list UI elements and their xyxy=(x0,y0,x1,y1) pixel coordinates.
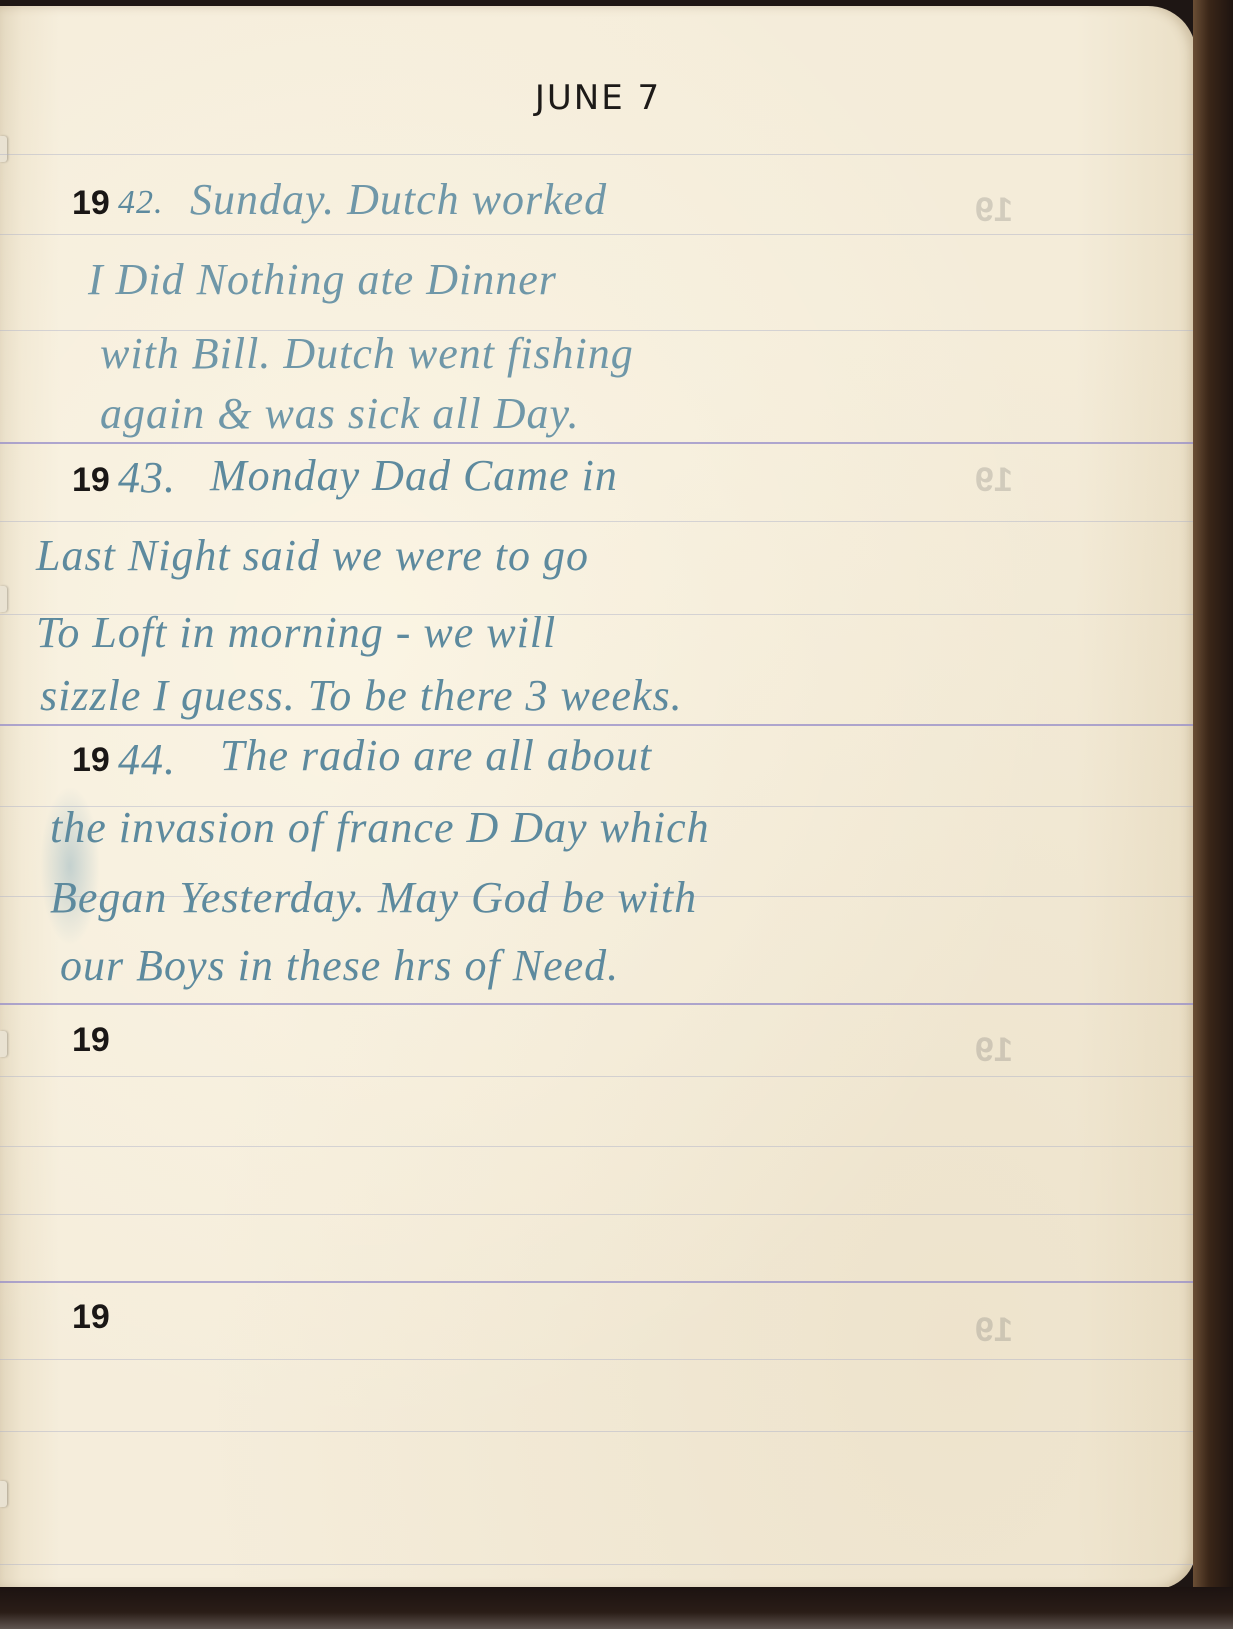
binding-tab xyxy=(0,586,7,612)
bleed-through-year: 19 xyxy=(975,461,1013,500)
entry-line: The radio are all about xyxy=(220,734,652,778)
ruled-line xyxy=(0,1076,1196,1077)
binding-tab xyxy=(0,1031,7,1057)
ruled-line xyxy=(0,1359,1196,1360)
binding-tab xyxy=(0,1481,7,1507)
year-suffix: 44. xyxy=(118,738,176,782)
ruled-line xyxy=(0,521,1196,522)
entry-line: Sunday. Dutch worked xyxy=(190,178,607,222)
section-divider xyxy=(0,442,1196,444)
year-prefix: 19 xyxy=(72,461,110,500)
entry-line: our Boys in these hrs of Need. xyxy=(60,944,619,988)
year-prefix: 19 xyxy=(72,1021,110,1060)
bleed-through-year: 19 xyxy=(975,191,1013,230)
entry-line: with Bill. Dutch went fishing xyxy=(100,332,634,376)
entry-line: the invasion of france D Day which xyxy=(50,806,710,850)
entry-line: Last Night said we were to go xyxy=(36,534,589,578)
entry-line: again & was sick all Day. xyxy=(100,392,580,436)
section-divider xyxy=(0,1003,1196,1005)
entry-line: To Loft in morning - we will xyxy=(36,611,556,655)
date-header: JUNE 7 xyxy=(0,78,1196,118)
book-cover-edge xyxy=(1193,0,1233,1629)
year-prefix: 19 xyxy=(72,184,110,223)
section-divider xyxy=(0,1281,1196,1283)
book-bottom-edge xyxy=(0,1587,1233,1629)
section-divider xyxy=(0,724,1196,726)
binding-tab xyxy=(0,136,7,162)
year-prefix: 19 xyxy=(72,741,110,780)
ruled-line xyxy=(0,1214,1196,1215)
ruled-line xyxy=(0,1431,1196,1432)
entry-line: sizzle I guess. To be there 3 weeks. xyxy=(40,674,683,718)
entry-line: Monday Dad Came in xyxy=(210,454,618,498)
ruled-line xyxy=(0,1564,1196,1565)
bleed-through-year: 19 xyxy=(975,1031,1013,1070)
diary-page: JUNE 7 19 19 19 19 19 42. Sunday. Dutch … xyxy=(0,6,1196,1589)
ruled-line xyxy=(0,234,1196,235)
year-prefix: 19 xyxy=(72,1298,110,1337)
bleed-through-year: 19 xyxy=(975,1311,1013,1350)
entry-line: I Did Nothing ate Dinner xyxy=(88,258,557,302)
ruled-line xyxy=(0,154,1196,155)
year-suffix: 43. xyxy=(118,456,176,500)
year-suffix: 42. xyxy=(118,186,164,220)
ruled-line xyxy=(0,1146,1196,1147)
entry-line: Began Yesterday. May God be with xyxy=(50,876,697,920)
